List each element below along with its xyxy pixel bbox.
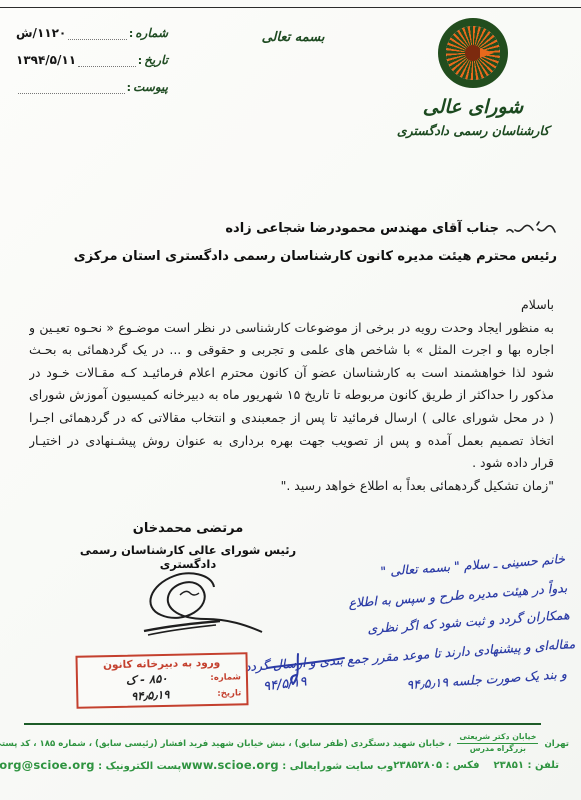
stamp-date-row: تاریخ: ۹۴٫۵٫۱۹ (83, 686, 241, 703)
body-line: ( در محل شورای عالی ) ارسال فرمائید تا پ… (29, 407, 554, 430)
handwritten-note-line5: و بند یک صورت جلسه ۹۴٫۵٫۱۹ (406, 666, 567, 692)
footer-city: تهران (544, 739, 569, 749)
signatory-name: مرتضی محمدخان (52, 521, 324, 536)
letter-page: شماره : ۱۱۲۰/ش تاریخ : ۱۳۹۴/۵/۱۱ پیوست :… (0, 0, 581, 800)
colon: : (127, 81, 131, 94)
dotted-leader (68, 28, 127, 40)
footer-street-fraction: خیابان دکتر شریعتی بزرگراه مدرس (457, 733, 538, 754)
addressee-title: رئیس محترم هیئت مدیره کانون کارشناسان رس… (24, 249, 557, 264)
organization-logo-block: شورای عالی کارشناسان رسمی دادگستری (383, 18, 563, 138)
body-line: به منظور ایجاد وحدت رویه در برخی از موضو… (29, 317, 554, 340)
signature-block: مرتضی محمدخان رئیس شورای عالی کارشناسان … (52, 521, 324, 645)
scan-edge-line (0, 7, 581, 8)
dotted-leader (18, 82, 125, 94)
addressee-name: جناب آقای مهندس محمودرضا شجاعی زاده (225, 221, 499, 236)
body-line: باسلام (29, 294, 554, 317)
stamp-title: ورود به دبیرخانه کانون (83, 656, 241, 671)
footer-divider-line (24, 723, 541, 725)
body-line: اتخاذ تصمیم بعمل آمده و پس از تصویب جهت … (29, 430, 554, 453)
phone-label: تلفن : (527, 760, 559, 771)
website-url: www.scioe.org (181, 758, 279, 772)
footer-contacts-line: تلفن : ۲۳۸۵۱ فکس : ۲۳۸۵۲۸۰۵ وب سایت شورا… (22, 758, 559, 772)
body-line: قرار داده شود . (29, 452, 554, 475)
footer-street-top: خیابان دکتر شریعتی (457, 733, 538, 744)
colon: : (138, 54, 142, 67)
number-value: ۱۱۲۰/ش (16, 26, 66, 40)
secretariat-entry-stamp: ورود به دبیرخانه کانون شماره: ۸۵۰ - ک تا… (75, 652, 248, 709)
body-line: اجاره بها و اجرت المثل » با شاخص های علم… (29, 339, 554, 362)
sunburst-logo-icon (446, 26, 500, 80)
footer-street-bottom: بزرگراه مدرس (457, 744, 538, 754)
handwritten-note-line1: خانم حسینی ـ سلام " بسمه تعالی " (380, 551, 566, 579)
reference-fields: شماره : ۱۱۲۰/ش تاریخ : ۱۳۹۴/۵/۱۱ پیوست : (16, 26, 168, 107)
dotted-leader (78, 55, 136, 67)
body-line: شود لذا خواهشمند است به کارشناسان عضو آن… (29, 362, 554, 385)
footer-website: وب سایت شورایعالی : www.scioe.org (181, 758, 393, 772)
handwritten-note-line3: همکاران گردد و ثبت شود که اگر نظری (367, 607, 570, 636)
addressee-line1-row: جناب آقای مهندس محمودرضا شجاعی زاده (24, 216, 557, 240)
footer-address-line: تهران خیابان دکتر شریعتی بزرگراه مدرس ، … (10, 733, 569, 754)
website-label: وب سایت شورایعالی : (282, 761, 393, 772)
body-line: "زمان تشکیل گردهمائی بعداً به اطلاع خواه… (29, 475, 554, 498)
footer-phone-fax: تلفن : ۲۳۸۵۱ فکس : ۲۳۸۵۲۸۰۵ (393, 760, 559, 771)
date-value: ۱۳۹۴/۵/۱۱ (16, 53, 76, 67)
bismillah-text: بسمه تعالی (248, 30, 338, 45)
field-date: تاریخ : ۱۳۹۴/۵/۱۱ (16, 53, 168, 67)
footer-email: پست الکترونیک : scioeorg@scioe.org (0, 758, 181, 772)
colon: : (129, 27, 133, 40)
attachment-label: پیوست (133, 80, 168, 94)
number-label: شماره (135, 26, 168, 40)
phone-number: ۲۳۸۵۱ (493, 760, 524, 771)
org-name-line2: کارشناسان رسمی دادگستری (383, 123, 563, 138)
handwritten-signature (88, 567, 288, 641)
body-line: مذکور را حداکثر از طریق کانون مربوطه تا … (29, 384, 554, 407)
handwritten-annotation-mark (505, 216, 557, 240)
stamp-date-label: تاریخ: (217, 688, 241, 699)
date-label: تاریخ (144, 53, 168, 67)
addressee-block: جناب آقای مهندس محمودرضا شجاعی زاده رئیس… (24, 216, 557, 264)
handwritten-note-line2: بدواً در هیئت مدیره طرح و سپس به اطلاع (348, 580, 568, 610)
stamp-number-label: شماره: (210, 672, 241, 683)
stamp-number-row: شماره: ۸۵۰ - ک (83, 670, 241, 687)
field-attachment: پیوست : (16, 80, 168, 94)
email-label: پست الکترونیک : (98, 761, 181, 772)
fax-label: فکس : (446, 760, 480, 771)
letter-body: باسلام به منظور ایجاد وحدت رویه در برخی … (29, 294, 554, 497)
field-number: شماره : ۱۱۲۰/ش (16, 26, 168, 40)
fax-number: ۲۳۸۵۲۸۰۵ (393, 760, 442, 771)
email-address: scioeorg@scioe.org (0, 758, 95, 772)
org-name-line1: شورای عالی (383, 96, 563, 118)
footer-address-rest: ، خیابان شهید دستگردی (ظفر سابق) ، نبش خ… (0, 739, 451, 749)
